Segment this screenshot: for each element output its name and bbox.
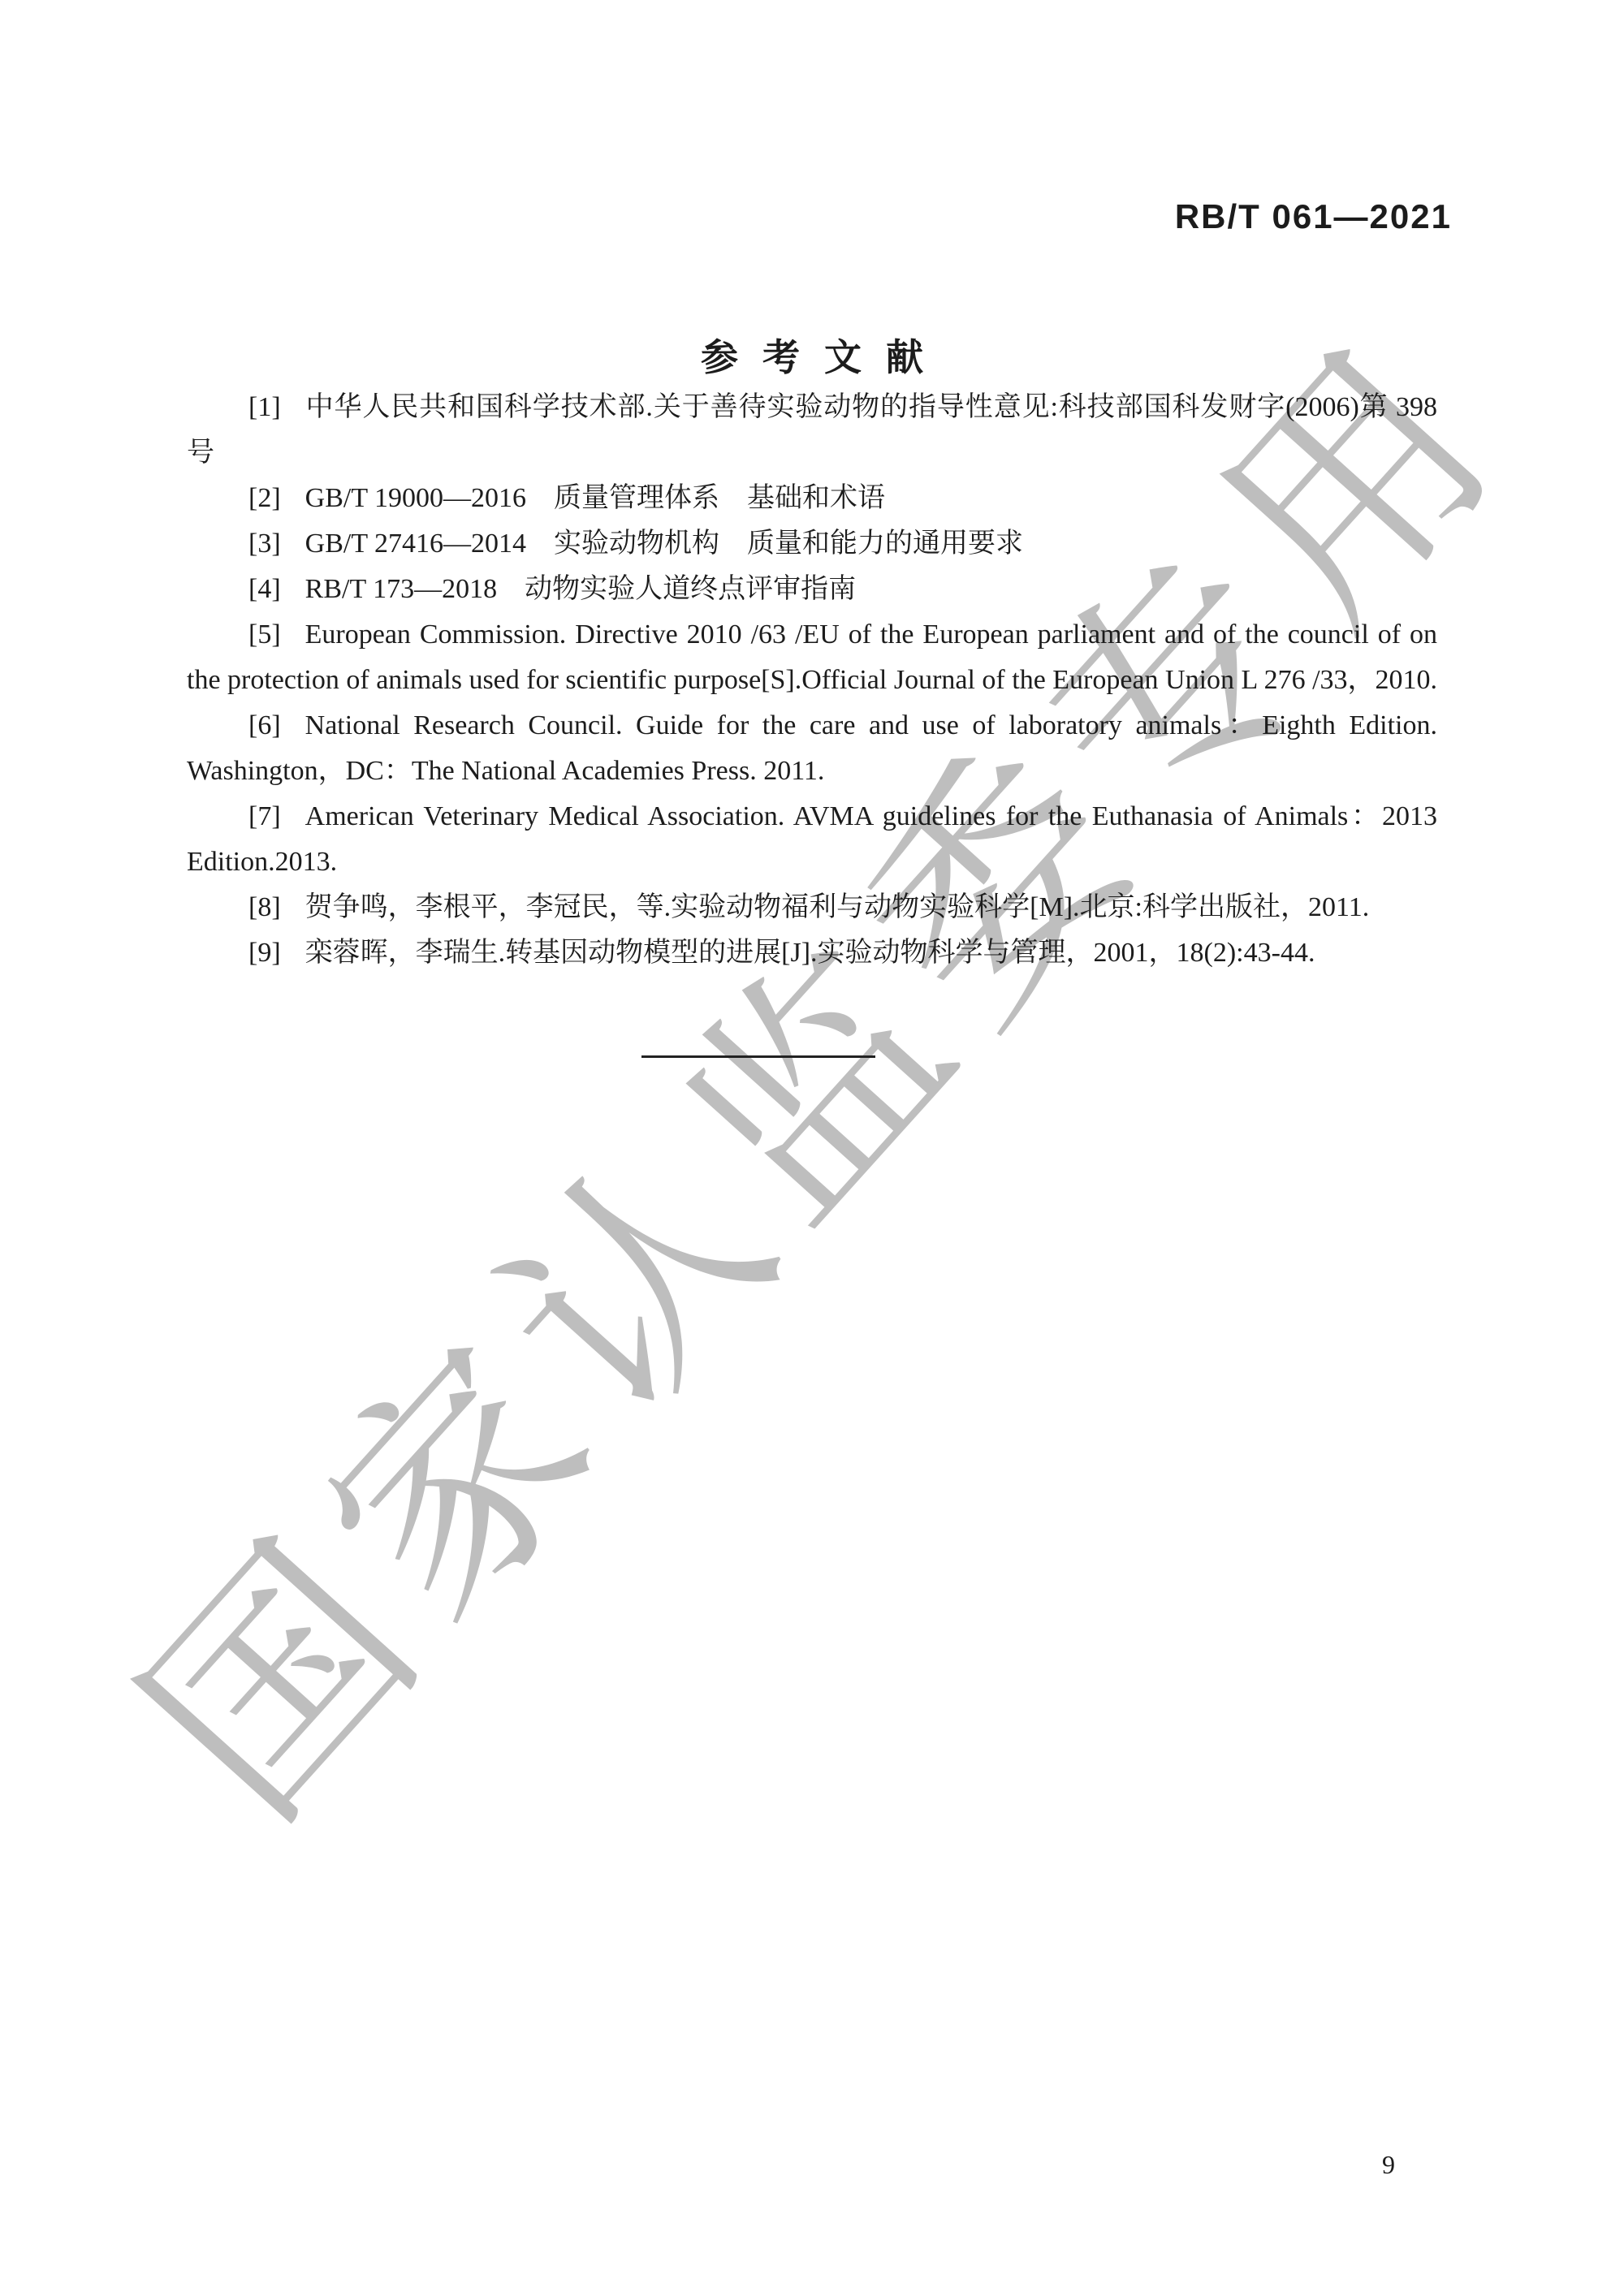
reference-text: 贺争鸣，李根平，李冠民，等.实验动物福利与动物实验科学[M].北京:科学出版社，… — [305, 892, 1370, 922]
reference-text: GB/T 27416—2014 实验动物机构 质量和能力的通用要求 — [305, 529, 1023, 559]
reference-label: [2] — [248, 483, 281, 513]
reference-label: [9] — [248, 938, 281, 968]
reference-text: National Research Council. Guide for the… — [187, 710, 1437, 786]
reference-text: European Commission. Directive 2010 /63 … — [187, 619, 1437, 695]
reference-text: American Veterinary Medical Association.… — [187, 801, 1437, 877]
reference-label: [4] — [248, 574, 281, 604]
reference-item: [2]GB/T 19000—2016 质量管理体系 基础和术语 — [187, 476, 1437, 521]
reference-text: 栾蓉晖，李瑞生.转基因动物模型的进展[J].实验动物科学与管理，2001，18(… — [305, 938, 1315, 968]
reference-item: [4]RB/T 173—2018 动物实验人道终点评审指南 — [187, 567, 1437, 612]
reference-item: [1]中华人民共和国科学技术部.关于善待实验动物的指导性意见:科技部国科发财字(… — [187, 385, 1437, 476]
header-doc-code: RB/T 061—2021 — [1175, 197, 1452, 236]
reference-item: [6]National Research Council. Guide for … — [187, 703, 1437, 794]
document-page: 国家认监委专用 RB/T 061—2021 参考文献 [1]中华人民共和国科学技… — [0, 0, 1624, 2296]
reference-text: RB/T 173—2018 动物实验人道终点评审指南 — [305, 574, 856, 604]
reference-item: [5]European Commission. Directive 2010 /… — [187, 612, 1437, 703]
reference-item: [8]贺争鸣，李根平，李冠民，等.实验动物福利与动物实验科学[M].北京:科学出… — [187, 885, 1437, 930]
reference-list: [1]中华人民共和国科学技术部.关于善待实验动物的指导性意见:科技部国科发财字(… — [187, 385, 1437, 976]
reference-item: [3]GB/T 27416—2014 实验动物机构 质量和能力的通用要求 — [187, 521, 1437, 567]
reference-label: [6] — [248, 710, 281, 740]
reference-label: [5] — [248, 619, 281, 650]
reference-label: [8] — [248, 892, 281, 922]
reference-item: [7]American Veterinary Medical Associati… — [187, 794, 1437, 885]
end-of-references-rule — [641, 1055, 875, 1058]
reference-text: GB/T 19000—2016 质量管理体系 基础和术语 — [305, 483, 885, 513]
reference-label: [7] — [248, 801, 281, 831]
page-number: 9 — [1382, 2150, 1395, 2180]
reference-text: 中华人民共和国科学技术部.关于善待实验动物的指导性意见:科技部国科发财字(200… — [187, 392, 1437, 468]
page-title: 参考文献 — [0, 328, 1624, 382]
reference-label: [3] — [248, 529, 281, 559]
reference-item: [9]栾蓉晖，李瑞生.转基因动物模型的进展[J].实验动物科学与管理，2001，… — [187, 930, 1437, 976]
reference-label: [1] — [248, 392, 281, 422]
